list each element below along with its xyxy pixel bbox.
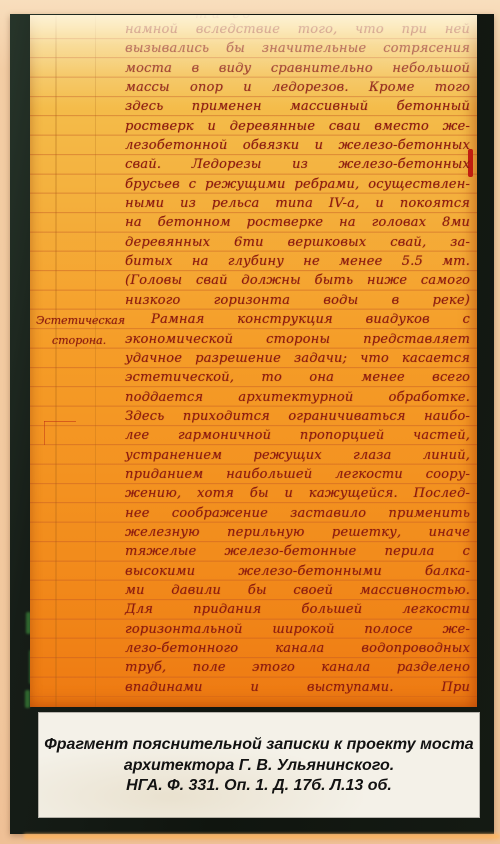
manuscript-line: впадинами и выступами. При bbox=[125, 678, 470, 697]
manuscript-page: ти го Эстетическая сторона. намной вслед… bbox=[30, 15, 477, 707]
manuscript-line: экономической стороны представляет bbox=[125, 330, 470, 349]
manuscript-line: свай. Ледорезы из железо-бетонных bbox=[125, 155, 470, 174]
margin-note-line: Эстетическая bbox=[36, 311, 122, 331]
manuscript-line: (Головы свай должны быть ниже самого bbox=[125, 271, 470, 290]
manuscript-line: железную перильную решетку, иначе bbox=[125, 523, 470, 542]
manuscript-line: ростверк и деревянные сваи вместо же- bbox=[125, 117, 470, 136]
manuscript-line: Рамная конструкция виадуков с bbox=[125, 310, 470, 329]
caption-line-2: архитектора Г. В. Ульянинского. bbox=[124, 756, 394, 777]
manuscript-line: на бетонном ростверке на головах 8ми bbox=[125, 213, 470, 232]
manuscript-line: горизонтальной широкой полосе же- bbox=[125, 620, 470, 639]
photo-of-archival-document: { "colors":{ "background":"#f2c9a0","fra… bbox=[0, 0, 500, 844]
manuscript-line: низкого горизонта воды в реке) bbox=[125, 291, 470, 310]
manuscript-line: жению, хотя бы и кажущейся. Послед- bbox=[125, 484, 470, 503]
caption-line-1: Фрагмент пояснительной записки к проекту… bbox=[44, 735, 473, 756]
manuscript-line: брусьев с режущими ребрами, осуществлен- bbox=[125, 175, 470, 194]
margin-note: Эстетическая сторона. bbox=[36, 311, 122, 351]
manuscript-line: массы опор и ледорезов. Кроме того bbox=[125, 78, 470, 97]
manuscript-line: удачное разрешение задачи; что касается bbox=[125, 349, 470, 368]
manuscript-text-column: намной вследствие того, что при нейвызыв… bbox=[125, 20, 470, 697]
caption-card: Фрагмент пояснительной записки к проекту… bbox=[38, 712, 480, 818]
manuscript-line: труб, поле этого канала разделено bbox=[125, 658, 470, 677]
manuscript-line: Для придания большей легкости bbox=[125, 600, 470, 619]
paper-crease bbox=[55, 15, 57, 707]
manuscript-line: нее соображение заставило применить bbox=[125, 504, 470, 523]
manuscript-line: устранением режущих глаза линий, bbox=[125, 446, 470, 465]
manuscript-line: высокими железо-бетонными балка- bbox=[125, 562, 470, 581]
manuscript-line: тяжелые железо-бетонные перила с bbox=[125, 542, 470, 561]
manuscript-line: приданием наибольшей легкости соору- bbox=[125, 465, 470, 484]
manuscript-line: здесь применен массивный бетонный bbox=[125, 97, 470, 116]
manuscript-line: моста в виду сравнительно небольшой bbox=[125, 59, 470, 78]
manuscript-line: Здесь приходится ограничиваться наибо- bbox=[125, 407, 470, 426]
manuscript-line: намной вследствие того, что при ней bbox=[125, 20, 470, 39]
margin-bracket-mark bbox=[44, 421, 45, 445]
manuscript-line: деревянных 6ти вершковых свай, за- bbox=[125, 233, 470, 252]
manuscript-line: поддается архитектурной обработке. bbox=[125, 388, 470, 407]
manuscript-line: вызывались бы значительные сотрясения bbox=[125, 39, 470, 58]
margin-bracket-mark bbox=[44, 421, 76, 422]
manuscript-line: ми давили бы своей массивностью. bbox=[125, 581, 470, 600]
manuscript-line: лезо-бетонного канала водопроводных bbox=[125, 639, 470, 658]
manuscript-line: ными из рельса типа IV-а, и покоятся bbox=[125, 194, 470, 213]
table-edge-highlight bbox=[24, 834, 500, 839]
paper-crease bbox=[95, 15, 96, 707]
manuscript-line: битых на глубину не менее 5.5 мт. bbox=[125, 252, 470, 271]
margin-note-line: сторона. bbox=[36, 331, 122, 351]
caption-line-3: НГА. Ф. 331. Оп. 1. Д. 17б. Л.13 об. bbox=[126, 776, 392, 797]
manuscript-line: лее гармоничной пропорцией частей, bbox=[125, 426, 470, 445]
manuscript-line: лезобетонной обвязки и железо-бетонных bbox=[125, 136, 470, 155]
manuscript-line: эстетической, то она менее всего bbox=[125, 368, 470, 387]
